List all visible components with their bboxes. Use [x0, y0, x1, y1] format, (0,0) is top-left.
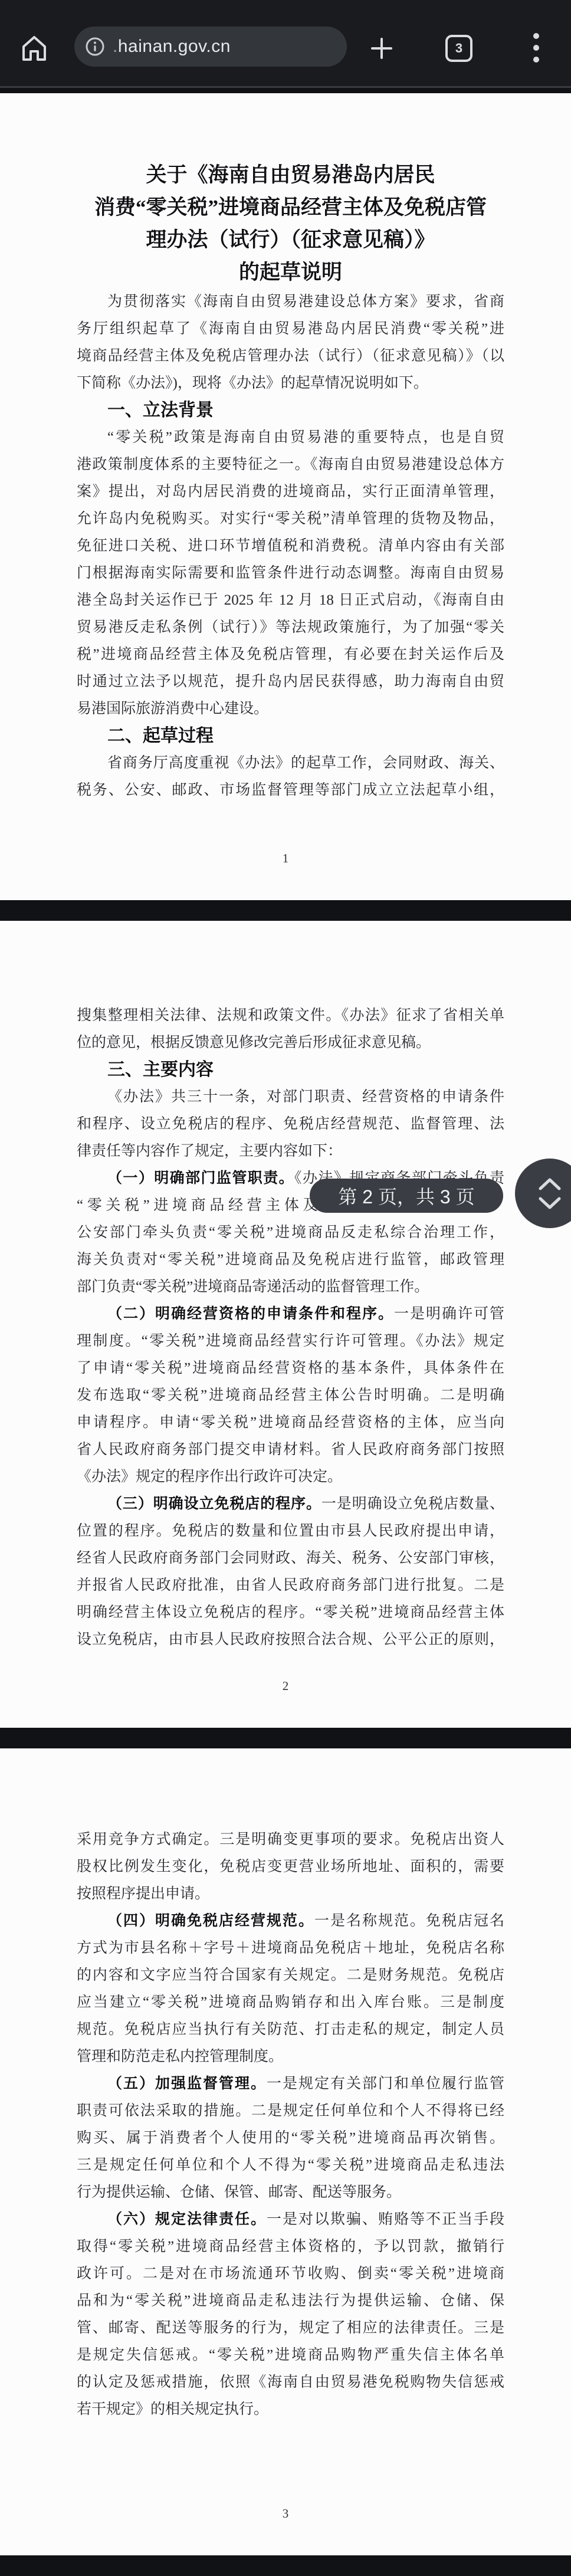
doc-text-line: （三）明确设立免税店的程序。一是明确设立免税店数量、 — [77, 1491, 504, 1518]
document-page: 采用竞争方式确定。三是明确变更事项的要求。免税店出资人股权比例发生变化，免税店变… — [0, 1748, 571, 2555]
doc-text-line: 省商务厅高度重视《办法》的起草工作，会同财政、海关、 — [77, 750, 504, 777]
page-info-icon[interactable] — [85, 37, 105, 57]
doc-text-line: “零关税”政策是海南自由贸易港的重要特点，也是自贸 — [77, 424, 504, 451]
url-text-group: .hainan.gov.cn — [113, 37, 231, 57]
doc-text-line: 理制度。“零关税”进境商品经营实行许可管理。《办法》规定 — [77, 1328, 504, 1355]
url-text: hainan.gov.cn — [118, 37, 231, 56]
doc-text-line: 应当建立“零关税”进境商品购销存和出入库台账。三是制度 — [77, 1989, 504, 2016]
doc-title-line: 关于《海南自由贸易港岛内居民 — [77, 159, 504, 191]
doc-text-line: 规范。免税店应当执行有关防范、打击走私的规定，制定人员 — [77, 2016, 504, 2043]
doc-text-line: 发布选取“零关税”进境商品经营主体公告时明确。二是明确 — [77, 1382, 504, 1409]
three-dot-menu-icon — [533, 31, 540, 64]
chevron-up-icon[interactable] — [537, 1177, 562, 1191]
doc-text-line: 若干规定》的相关规定执行。 — [77, 2396, 504, 2423]
page-indicator: 第 2 页，共 3 页 — [310, 1179, 503, 1213]
doc-text-line: 《办法》规定的程序作出行政许可决定。 — [77, 1463, 504, 1491]
doc-text-line: （二）明确经营资格的申请条件和程序。一是明确许可管 — [77, 1301, 504, 1328]
doc-text-line: 下简称《办法》)，现将《办法》的起草情况说明如下。 — [77, 370, 504, 397]
tab-count: 3 — [455, 41, 462, 56]
doc-text-line: 境商品经营主体及免税店管理办法（试行）（征求意见稿）》（以 — [77, 343, 504, 370]
doc-text-line: 采用竞争方式确定。三是明确变更事项的要求。免税店出资人 — [77, 1826, 504, 1853]
doc-text-line: 搜集整理相关法律、法规和政策文件。《办法》征求了省相关单 — [77, 1002, 504, 1029]
doc-heading: 一、立法背景 — [77, 397, 504, 424]
doc-text-line: 政许可。二是对在市场流通环节收购、倒卖“零关税”进境商 — [77, 2260, 504, 2288]
doc-text-line: 的认定及惩戒措施，依照《海南自由贸易港免税购物失信惩戒 — [77, 2369, 504, 2396]
home-icon — [20, 34, 48, 63]
doc-text-line: （五）加强监督管理。一是规定有关部门和单位履行监管 — [77, 2070, 504, 2098]
page-number: 1 — [0, 851, 571, 866]
doc-title-line: 的起草说明 — [77, 256, 504, 288]
doc-text-line: 时通过立法予以规范，提升岛内居民获得感，助力海南自由贸 — [77, 668, 504, 695]
doc-text-line: 是规定失信惩戒。“零关税”进境商品购物严重失信主体名单 — [77, 2342, 504, 2369]
doc-text-line: 省人民政府商务部门提交申请材料。省人民政府商务部门按照 — [77, 1436, 504, 1463]
doc-text-line: 经省人民政府商务部门会同财政、海关、税务、公安部门审核， — [77, 1545, 504, 1572]
home-button[interactable] — [20, 34, 48, 63]
doc-text-line: 明确经营主体设立免税店的程序。“零关税”进境商品经营主体 — [77, 1599, 504, 1626]
document-area: 关于《海南自由贸易港岛内居民消费“零关税”进境商品经营主体及免税店管理办法（试行… — [0, 88, 571, 2576]
doc-text-line: 设立免税店，由市县人民政府按照合法合规、公平公正的原则， — [77, 1626, 504, 1653]
doc-text-line: 管理和防范走私内控管理制度。 — [77, 2043, 504, 2070]
doc-text-line: 为贯彻落实《海南自由贸易港建设总体方案》要求，省商 — [77, 288, 504, 316]
doc-text-line: 易港国际旅游消费中心建设。 — [77, 695, 504, 723]
doc-text-line: 税务、公安、邮政、市场监督管理等部门成立立法起草小组， — [77, 777, 504, 804]
doc-text-line: 允许岛内免税购买。对实行“零关税”清单管理的货物及物品， — [77, 506, 504, 533]
doc-text-line: 海关负责对“零关税”进境商品及免税店进行监管，邮政管理 — [77, 1246, 504, 1274]
page-number: 3 — [0, 2506, 571, 2521]
url-prefix: . — [113, 37, 118, 56]
doc-text-line: 三是规定任何单位和个人不得为“零关税”进境商品走私违法 — [77, 2152, 504, 2179]
doc-text-line: 免征进口关税、进口环节增值税和消费税。清单内容由有关部 — [77, 533, 504, 560]
doc-text-line: 按照程序提出申请。 — [77, 1881, 504, 1908]
doc-text-line: 的内容和文字应当符合国家有关规定。二是财务规范。免税店 — [77, 1962, 504, 1989]
doc-text-line: 税”进境商品经营主体及免税店管理，有必要在封关运作后及 — [77, 641, 504, 668]
doc-heading: 三、主要内容 — [77, 1056, 504, 1084]
doc-text-line: 管、邮寄、配送等服务的行为，规定了相应的法律责任。三是 — [77, 2315, 504, 2342]
doc-text-line: 职责可依法采取的措施。二是规定任何单位和个人不得将已经 — [77, 2098, 504, 2125]
doc-text-line: 品和为“零关税”进境商品走私违法行为提供运输、仓储、保 — [77, 2288, 504, 2315]
doc-title-line: 消费“零关税”进境商品经营主体及免税店管 — [77, 191, 504, 224]
doc-text-line: 行为提供运输、仓储、保管、邮寄、配送等服务。 — [77, 2179, 504, 2206]
doc-text-line: 部门负责“零关税”进境商品寄递活动的监督管理工作。 — [77, 1274, 504, 1301]
doc-text-line: 务厅组织起草了《海南自由贸易港岛内居民消费“零关税”进 — [77, 316, 504, 343]
doc-text-line: 贸易港反走私条例（试行）》等法规政策施行，为了加强“零关 — [77, 614, 504, 641]
chevron-down-icon[interactable] — [537, 1196, 562, 1210]
document-page: 关于《海南自由贸易港岛内居民消费“零关税”进境商品经营主体及免税店管理办法（试行… — [0, 93, 571, 900]
tab-switcher-button[interactable]: 3 — [444, 33, 474, 64]
tab-switcher-icon: 3 — [445, 35, 472, 62]
doc-text-line: 门根据海南实际需要和监管条件进行动态调整。海南自由贸易 — [77, 560, 504, 587]
plus-icon — [369, 35, 395, 61]
doc-text-line: 港全岛封关运作已于 2025 年 12 月 18 日正式启动，《海南自由 — [77, 587, 504, 614]
doc-text-line: 了申请“零关税”进境商品经营资格的基本条件，具体条件在 — [77, 1355, 504, 1382]
page-number: 2 — [0, 1679, 571, 1694]
doc-text-line: 取得“零关税”进境商品经营主体资格的，予以罚款，撤销行 — [77, 2233, 504, 2260]
doc-text-line: 律责任等内容作了规定，主要内容如下： — [77, 1138, 504, 1165]
doc-text-line: 购买、属于消费者个人使用的“零关税”进境商品再次销售。 — [77, 2125, 504, 2152]
doc-text-line: 位的意见，根据反馈意见修改完善后形成征求意见稿。 — [77, 1029, 504, 1056]
doc-text-line: 港政策制度体系的主要特征之一。《海南自由贸易港建设总体方 — [77, 451, 504, 478]
browser-toolbar: .hainan.gov.cn 3 — [0, 0, 571, 88]
doc-text-line: 案》提出，对岛内居民消费的进境商品，实行正面清单管理， — [77, 478, 504, 506]
new-tab-button[interactable] — [365, 32, 399, 65]
document-page: 搜集整理相关法律、法规和政策文件。《办法》征求了省相关单位的意见，根据反馈意见修… — [0, 921, 571, 1728]
doc-heading: 二、起草过程 — [77, 723, 504, 750]
menu-button[interactable] — [521, 29, 551, 66]
doc-text-line: （六）规定法律责任。一是对以欺骗、贿赂等不正当手段 — [77, 2206, 504, 2233]
doc-text-line: 和程序、设立免税店的程序、免税店经营规范、监督管理、法 — [77, 1111, 504, 1138]
doc-text-line: 股权比例发生变化，免税店变更营业场所地址、面积的，需要 — [77, 1853, 504, 1881]
doc-text-line: 公安部门牵头负责“零关税”进境商品反走私综合治理工作， — [77, 1219, 504, 1246]
doc-text-line: 位置的程序。免税店的数量和位置由市县人民政府提出申请， — [77, 1518, 504, 1545]
doc-text-line: 申请程序。申请“零关税”进境商品经营资格的主体，应当向 — [77, 1409, 504, 1436]
doc-title-line: 理办法（试行）（征求意见稿）》 — [77, 224, 504, 256]
doc-text-line: 《办法》共三十一条，对部门职责、经营资格的申请条件 — [77, 1084, 504, 1111]
doc-text-line: （四）明确免税店经营规范。一是名称规范。免税店冠名 — [77, 1908, 504, 1935]
doc-text-line: 方式为市县名称＋字号＋进境商品免税店＋地址，免税店名称 — [77, 1935, 504, 1962]
url-bar[interactable]: .hainan.gov.cn — [74, 27, 347, 67]
doc-text-line: 并报省人民政府批准，由省人民政府商务部门进行批复。二是 — [77, 1572, 504, 1599]
